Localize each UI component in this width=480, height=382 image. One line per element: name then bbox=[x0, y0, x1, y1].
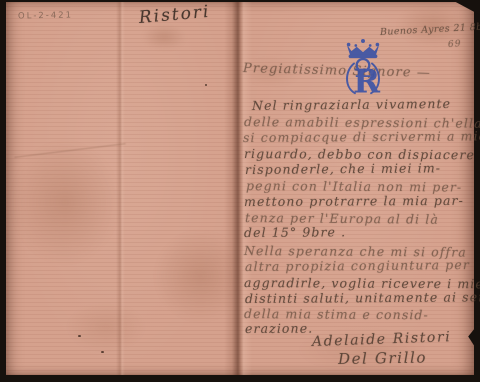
letter-body-line: della mia stima e consid- bbox=[244, 306, 429, 322]
paper-stain bbox=[66, 302, 146, 352]
scanned-letter-spread: OL-2-421 Ristori Buenos Ayres 21 8bre 69… bbox=[0, 0, 480, 382]
catalog-number: OL-2-421 bbox=[18, 11, 73, 22]
crown-monogram-stamp-icon: R bbox=[336, 36, 390, 104]
ink-speck bbox=[101, 351, 104, 353]
svg-text:R: R bbox=[353, 62, 381, 100]
ink-speck bbox=[78, 335, 81, 337]
letter-body-line: altra propizia congiuntura per bbox=[245, 257, 470, 274]
signature-line: Del Grillo bbox=[338, 348, 427, 368]
letter-body-line: del 15° 9bre . bbox=[244, 224, 346, 240]
paper-stain bbox=[142, 24, 186, 50]
letter-body-line: risponderle, che i miei im- bbox=[245, 160, 441, 177]
letter-dateline-year: 69 bbox=[448, 39, 462, 50]
letter-body-line: distinti saluti, unitamente ai sensi bbox=[245, 289, 480, 306]
fold-crease bbox=[116, 2, 125, 375]
letter-body-line: si compiacque di scrivermi a mio bbox=[243, 128, 480, 145]
letter-body-line: mettono protrarre la mia par- bbox=[244, 193, 464, 209]
paper-stain bbox=[10, 140, 120, 265]
ink-speck bbox=[205, 84, 207, 86]
letter-body-line: erazione. bbox=[245, 321, 313, 336]
